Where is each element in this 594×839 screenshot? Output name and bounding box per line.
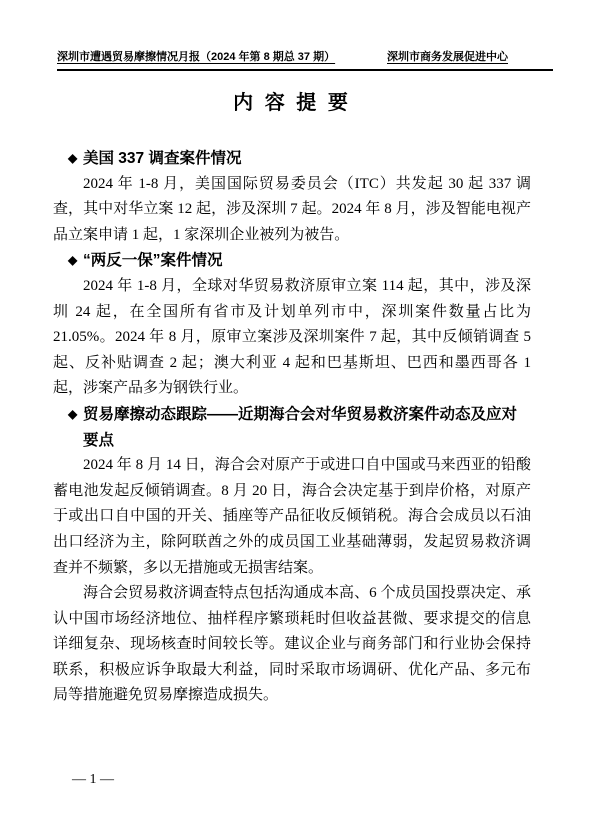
diamond-bullet-icon: ◆ (68, 402, 83, 453)
section-trade-remedy-cases: ◆ “两反一保”案件情况 2024 年 1-8 月，全球对华贸易救济原审立案 1… (53, 248, 531, 402)
section-paragraph: 海合会贸易救济调查特点包括沟通成本高、6 个成员国投票决定、承认中国市场经济地位… (53, 581, 531, 709)
header-organization: 深圳市商务发展促进中心 (387, 50, 508, 64)
document-body: 内 容 提 要 ◆ 美国 337 调查案件情况 2024 年 1-8 月，美国国… (53, 90, 531, 709)
page-title: 内 容 提 要 (53, 90, 531, 116)
section-us-337: ◆ 美国 337 调查案件情况 2024 年 1-8 月，美国国际贸易委员会（I… (53, 146, 531, 248)
section-paragraph: 2024 年 8 月 14 日，海合会对原产于或进口自中国或马来西亚的铅酸蓄电池… (53, 453, 531, 581)
section-heading: ◆ 美国 337 调查案件情况 (68, 146, 531, 172)
section-heading: ◆ “两反一保”案件情况 (68, 248, 531, 274)
header-report-title: 深圳市遭遇贸易摩擦情况月报（2024 年第 8 期总 37 期） (57, 50, 335, 64)
section-heading: ◆ 贸易摩擦动态跟踪——近期海合会对华贸易救济案件动态及应对要点 (68, 402, 531, 453)
section-heading-text: “两反一保”案件情况 (83, 248, 531, 274)
page-header: 深圳市遭遇贸易摩擦情况月报（2024 年第 8 期总 37 期） 深圳市商务发展… (57, 50, 553, 71)
page-footer: — 1 — (72, 771, 114, 789)
section-heading-text: 贸易摩擦动态跟踪——近期海合会对华贸易救济案件动态及应对要点 (83, 402, 531, 453)
diamond-bullet-icon: ◆ (68, 248, 83, 274)
diamond-bullet-icon: ◆ (68, 146, 83, 172)
section-gcc-dynamics: ◆ 贸易摩擦动态跟踪——近期海合会对华贸易救济案件动态及应对要点 2024 年 … (53, 402, 531, 709)
section-paragraph: 2024 年 1-8 月，美国国际贸易委员会（ITC）共发起 30 起 337 … (53, 172, 531, 249)
page-number: — 1 — (72, 772, 114, 787)
section-paragraph: 2024 年 1-8 月，全球对华贸易救济原审立案 114 起，其中，涉及深圳 … (53, 274, 531, 402)
document-page: 深圳市遭遇贸易摩擦情况月报（2024 年第 8 期总 37 期） 深圳市商务发展… (0, 0, 594, 839)
section-heading-text: 美国 337 调查案件情况 (83, 146, 531, 172)
